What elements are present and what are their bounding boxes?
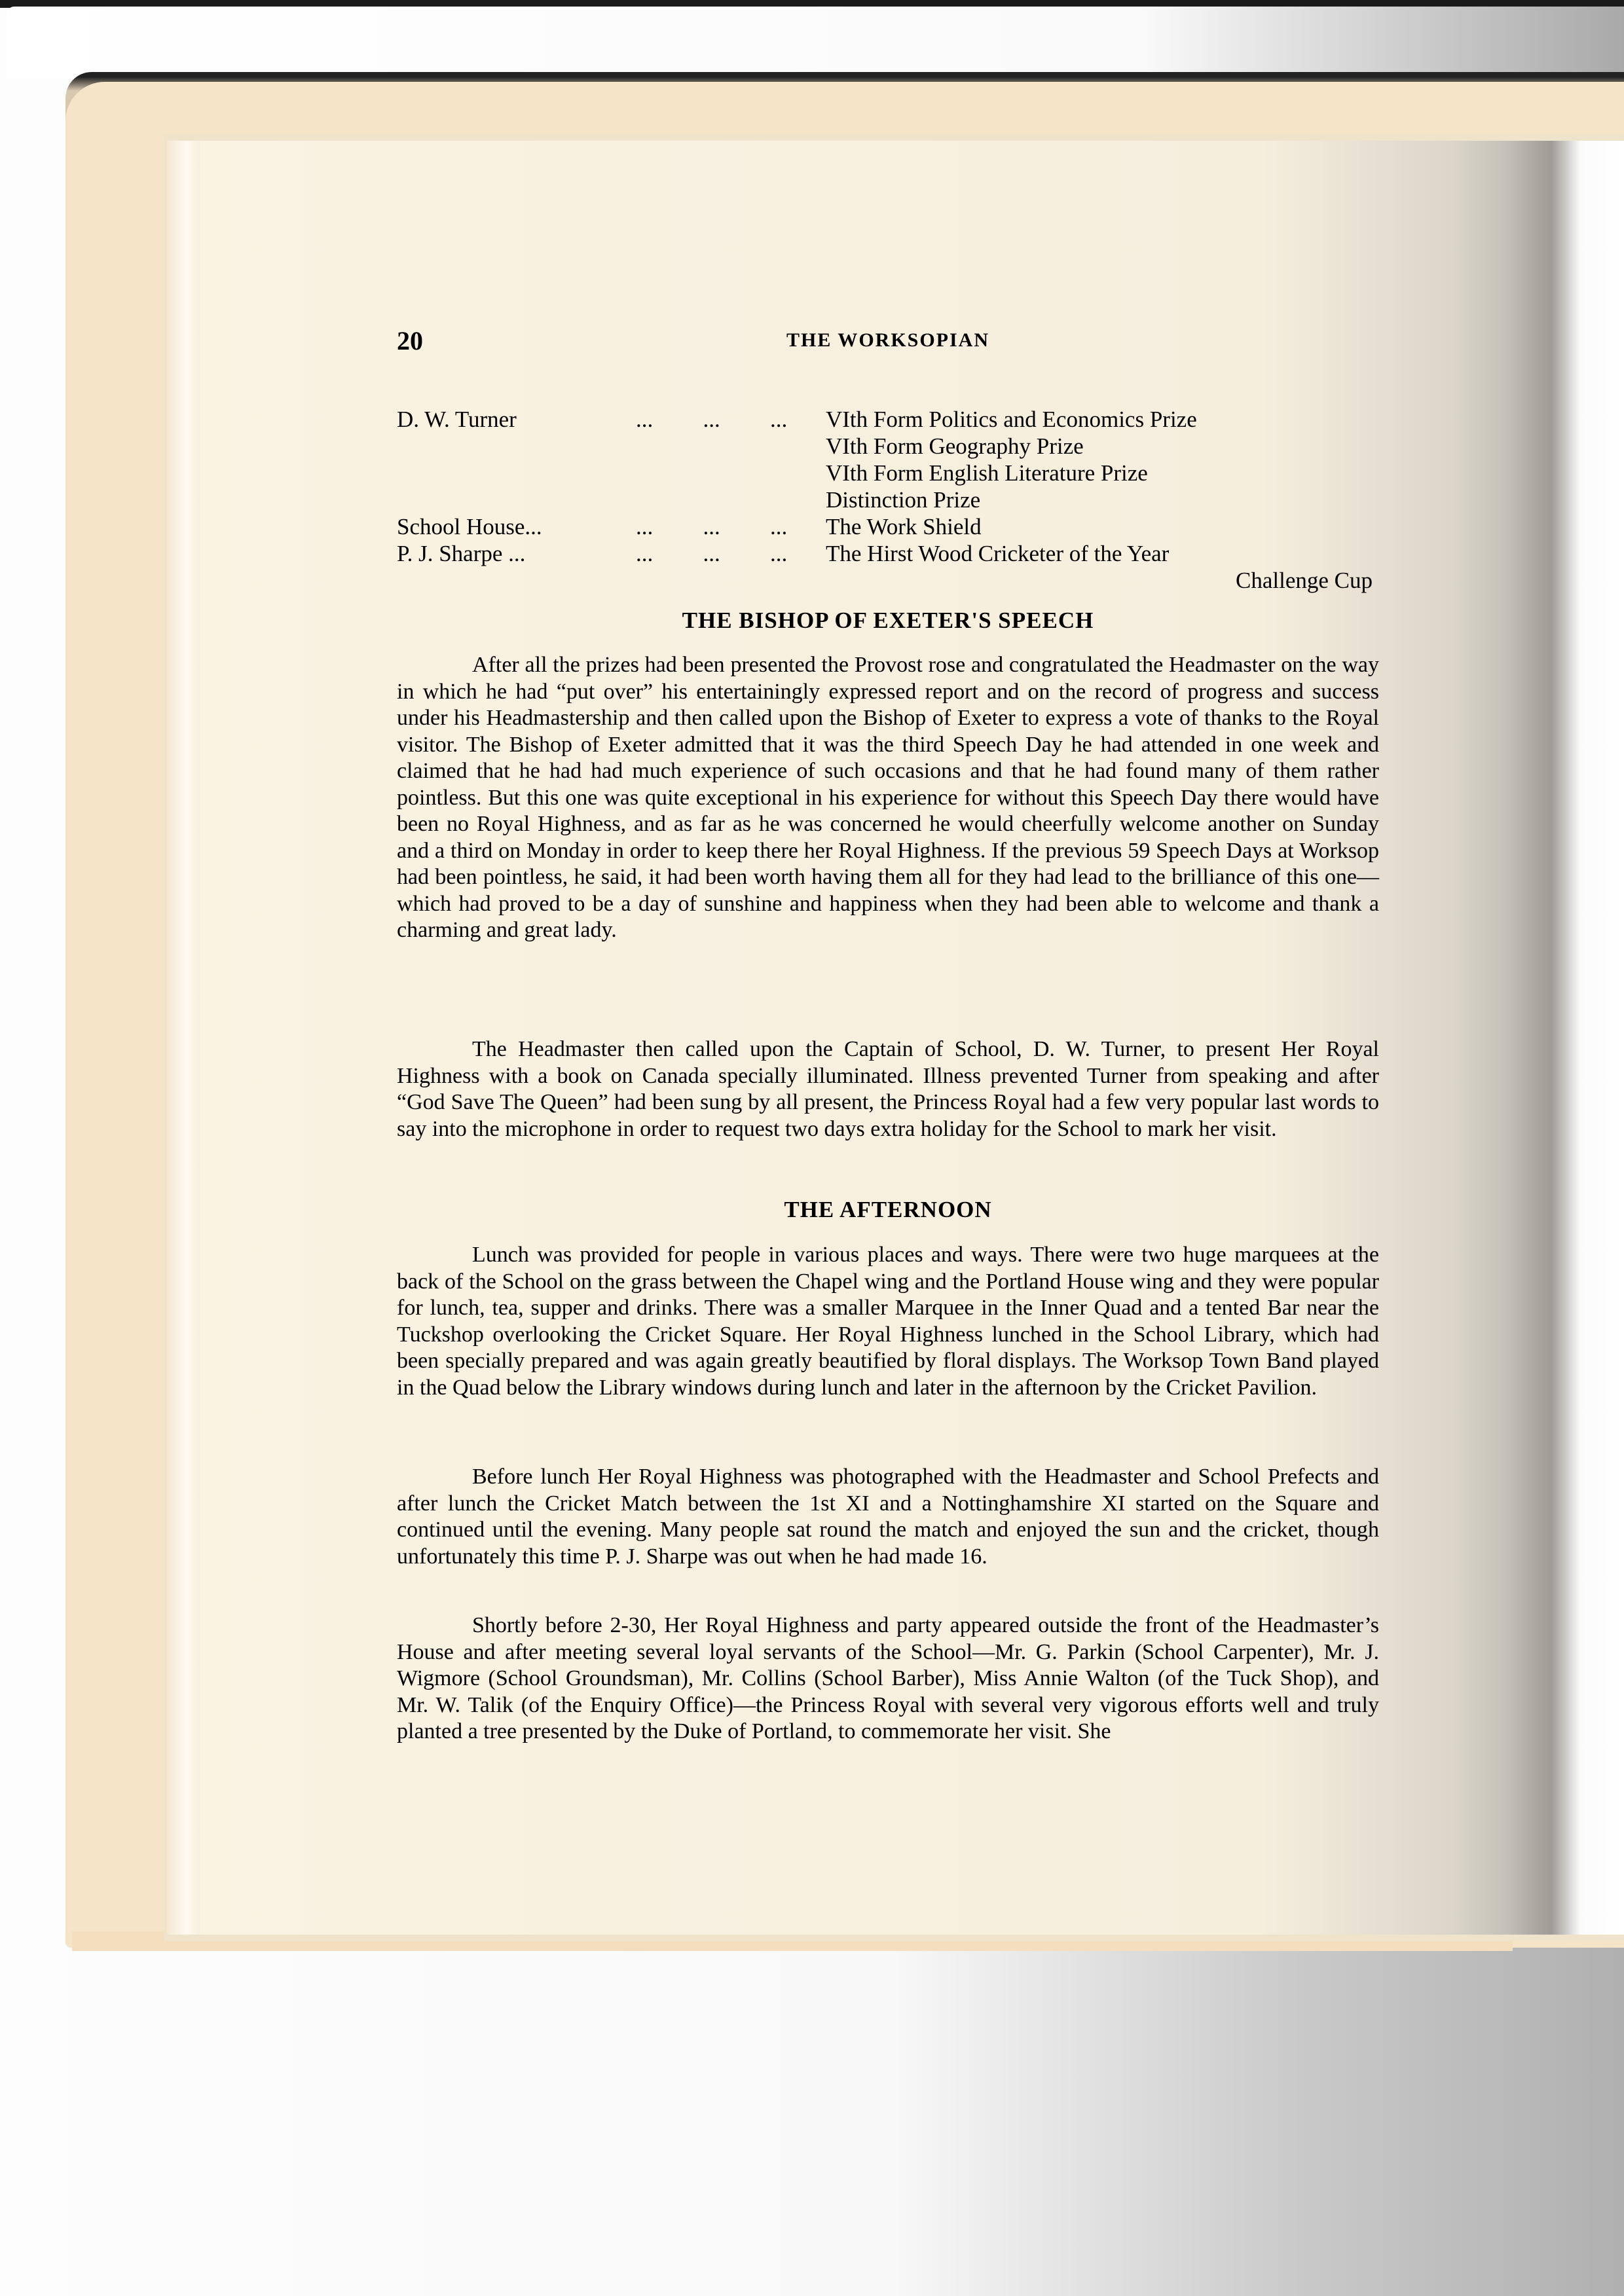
prize-recipient <box>397 433 629 460</box>
paragraph: Before lunch Her Royal Highness was phot… <box>397 1464 1379 1570</box>
leader-dots: ... ... ... <box>629 406 826 433</box>
leader-dot: ... <box>636 540 662 567</box>
prize-recipient <box>397 460 629 486</box>
prize-recipient: D. W. Turner <box>397 406 629 433</box>
section-heading-afternoon: THE AFTERNOON <box>397 1197 1379 1223</box>
prize-name: Distinction Prize <box>826 486 1379 513</box>
leader-dots: ... ... ... <box>629 513 826 540</box>
leader-dots <box>629 460 826 486</box>
leader-dot: ... <box>770 540 796 567</box>
paragraph: Shortly before 2-30, Her Royal Highness … <box>397 1613 1379 1745</box>
prize-list: D. W. Turner ... ... ... VIth Form Polit… <box>397 406 1379 594</box>
prize-name-continuation: Challenge Cup <box>397 567 1379 594</box>
prize-row: VIth Form English Literature Prize <box>397 460 1379 486</box>
leader-dot: ... <box>703 540 729 567</box>
leader-dots: ... ... ... <box>629 540 826 567</box>
paragraph: After all the prizes had been presented … <box>397 652 1379 944</box>
leader-dot: ... <box>770 406 796 433</box>
prize-name: VIth Form Politics and Economics Prize <box>826 406 1379 433</box>
leader-dot: ... <box>636 513 662 540</box>
prize-row: VIth Form Geography Prize <box>397 433 1379 460</box>
page-leaf-edge <box>167 141 200 1935</box>
leader-dot: ... <box>636 406 662 433</box>
prize-recipient <box>397 486 629 513</box>
leader-dot: ... <box>770 513 796 540</box>
scanner-bed-strip <box>7 7 1624 79</box>
leader-dot: ... <box>703 513 729 540</box>
prize-name: VIth Form English Literature Prize <box>826 460 1379 486</box>
prize-row: P. J. Sharpe ... ... ... ... The Hirst W… <box>397 540 1379 567</box>
paragraph: Lunch was provided for people in various… <box>397 1242 1379 1401</box>
prize-row: School House... ... ... ... The Work Shi… <box>397 513 1379 540</box>
prize-recipient: P. J. Sharpe ... <box>397 540 629 567</box>
prize-row: Distinction Prize <box>397 486 1379 513</box>
prize-name: The Hirst Wood Cricketer of the Year <box>826 540 1379 567</box>
leader-dots <box>629 433 826 460</box>
prize-name: The Work Shield <box>826 513 1379 540</box>
running-head: 20 THE WORKSOPIAN <box>397 325 1379 358</box>
journal-title: THE WORKSOPIAN <box>397 329 1379 352</box>
section-heading-bishop-speech: THE BISHOP OF EXETER'S SPEECH <box>397 608 1379 634</box>
leader-dot: ... <box>703 406 729 433</box>
prize-name: VIth Form Geography Prize <box>826 433 1379 460</box>
prize-recipient: School House... <box>397 513 629 540</box>
prize-row: D. W. Turner ... ... ... VIth Form Polit… <box>397 406 1379 433</box>
paragraph: The Headmaster then called upon the Capt… <box>397 1036 1379 1142</box>
leader-dots <box>629 486 826 513</box>
